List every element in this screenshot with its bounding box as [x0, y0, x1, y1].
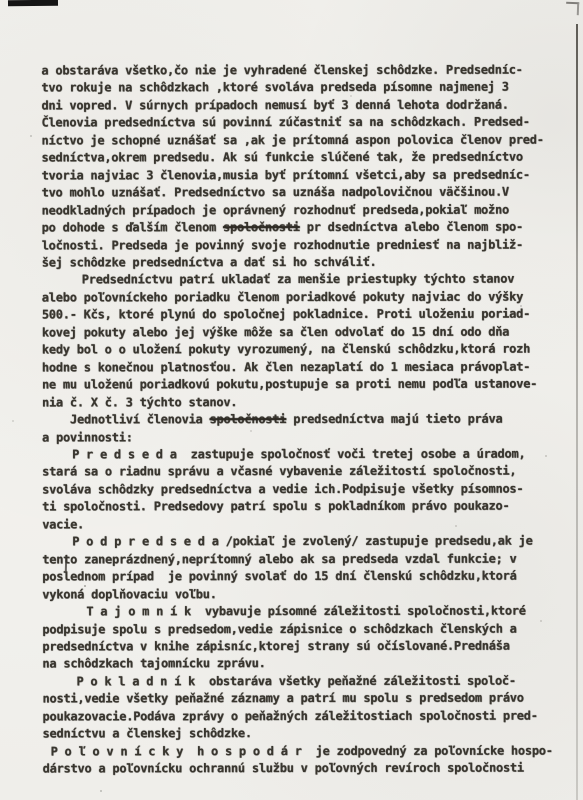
text-line: poukazovacie.Podáva zprávy o peňažných z…: [43, 707, 571, 725]
text-line: vacie.: [42, 515, 570, 533]
text-line: neodkladných prípadoch je oprávnený rozh…: [42, 201, 570, 219]
text-line: poslednom prípad je povinný svolať do 15…: [42, 568, 570, 586]
text-segment: predsedníctva v knihe zápisníc,ktorej st…: [42, 639, 509, 654]
scan-artifact-corner-mark: [566, 2, 579, 15]
text-line: nosti,vedie všetky peňažné záznamy a pat…: [42, 690, 570, 708]
text-segment: podpisuje spolu s predsedom,vedie zápisn…: [42, 621, 516, 636]
text-line: ne mu uloženú poriadkovú pokutu,postupuj…: [42, 376, 570, 394]
text-line: dárstvo a poľovnícku ochrannú službu v p…: [43, 760, 571, 778]
text-line: ločnosti. Predseda je povinný svoje rozh…: [42, 236, 570, 254]
text-line: nia č. X č. 3 týchto stanov.: [42, 393, 570, 411]
text-segment: stará sa o riadnu správu a včasné vybave…: [42, 464, 516, 479]
text-line: sedníctva,okrem predsedu. Ak sú funkcie …: [42, 149, 570, 167]
text-segment: a povinnosti:: [42, 430, 133, 444]
text-segment: Členovia predsedníctva sú povinní zúčast…: [41, 115, 529, 130]
text-segment: na schôdzkach tajomnícku zprávu.: [42, 656, 265, 670]
text-line: 500.- Kčs, ktoré plynú do spoločnej pokl…: [42, 306, 570, 324]
text-line: P o ľ o v n í c k y h o s p o d á r je z…: [51, 742, 571, 760]
text-line: alebo poľovníckeho poriadku členom poria…: [42, 288, 570, 306]
text-line: tvo mohlo uznášať. Predsedníctvo sa uzná…: [42, 184, 570, 202]
text-segment: vacie.: [42, 517, 84, 531]
text-segment: tento zaneprázdnený,neprítomný alebo ak …: [42, 551, 516, 566]
text-segment: predsedníctva majú tieto práva: [286, 412, 502, 426]
text-segment: ti spoločnosti. Predsedovy patrí spolu s…: [42, 499, 509, 514]
text-segment: P o ľ o v n í c k y h o s p o d á r je z…: [51, 743, 553, 758]
page-fold-line: [576, 24, 578, 800]
text-line: hodne s konečnou platnosťou. Ak člen nez…: [42, 358, 570, 376]
text-segment: dni vopred. V súrnych prípadoch nemusí b…: [41, 98, 508, 113]
text-segment: P o k l a d n í k obstaráva všetky peňaž…: [76, 673, 515, 688]
text-segment: neodkladných prípadoch je oprávnený rozh…: [42, 202, 509, 217]
text-line: níctvo je schopné uznášať sa ,ak je prít…: [41, 131, 569, 149]
text-segment: 500.- Kčs, ktoré plynú do spoločnej pokl…: [42, 307, 530, 322]
text-line: stará sa o riadnu správu a včasné vybave…: [42, 463, 570, 481]
text-segment: po dohode s ďalším členom: [42, 220, 223, 234]
text-line: po dohode s ďalším členom spoločnosti pr…: [42, 219, 570, 237]
text-line: kovej pokuty alebo jej výške môže sa čle…: [42, 323, 570, 341]
text-segment: P o d p r e d s e d a /pokiaľ je zvolený…: [72, 534, 532, 549]
text-segment: kedy bol o o uložení pokuty vyrozumený, …: [42, 342, 530, 357]
text-segment: tvo rokuje na schôdzkach ,ktoré svoláva …: [41, 80, 508, 95]
text-line: Členovia predsedníctva sú povinní zúčast…: [41, 114, 569, 132]
text-segment: T a j o m n í k vybavuje písomné záležit…: [86, 604, 525, 619]
text-line: tvoria najviac 3 členovia,musia byť prít…: [42, 166, 570, 184]
text-segment: ne mu uloženú poriadkovú pokutu,postupuj…: [42, 377, 537, 392]
text-segment: pr dsedníctva alebo členom spo-: [300, 220, 523, 234]
scanned-document-page: a obstaráva všetko,čo nie je vyhradené č…: [0, 0, 583, 800]
text-line: šej schôdzke predsedníctva a dať si ho s…: [42, 254, 570, 272]
text-segment: sedníctva,okrem predsedu. Ak sú funkcie …: [42, 150, 523, 165]
text-segment: Jednotliví členovia: [70, 412, 210, 426]
text-line: Jednotliví členovia spoločnosti predsedn…: [70, 411, 570, 429]
typewritten-text-block: a obstaráva všetko,čo nie je vyhradené č…: [41, 62, 570, 778]
struck-out-word: spoločnosti: [223, 220, 300, 234]
text-segment: Predsedníctvu patrí ukladať za menšie pr…: [82, 272, 514, 287]
text-line: svoláva schôdzky predsedníctva a vedie i…: [42, 480, 570, 498]
text-line: kedy bol o o uložení pokuty vyrozumený, …: [42, 341, 570, 359]
text-segment: ločnosti. Predseda je povinný svoje rozh…: [42, 237, 523, 252]
text-segment: dárstvo a poľovnícku ochrannú službu v p…: [43, 761, 524, 776]
text-segment: nosti,vedie všetky peňažné záznamy a pat…: [42, 691, 523, 706]
text-line: vykoná doplňovaciu voľbu.: [42, 585, 570, 603]
text-segment: P r e d s e d a zastupuje spoločnosť voč…: [72, 447, 525, 462]
text-segment: šej schôdzke predsedníctva a dať si ho s…: [42, 255, 377, 270]
text-segment: tvoria najviac 3 členovia,musia byť prít…: [42, 167, 530, 182]
text-segment: kovej pokuty alebo jej výške môže sa čle…: [42, 324, 509, 339]
text-segment: nia č. X č. 3 týchto stanov.: [42, 395, 237, 409]
text-line: Predsedníctvu patrí ukladať za menšie pr…: [82, 271, 570, 289]
struck-out-word: spoločnosti: [209, 412, 286, 426]
scan-noise-speckles: [0, 0, 2, 2]
text-line: P o k l a d n í k obstaráva všetky peňaž…: [76, 672, 570, 690]
text-line: P o d p r e d s e d a /pokiaľ je zvolený…: [72, 533, 570, 551]
text-segment: poukazovacie.Podáva zprávy o peňažných z…: [43, 708, 538, 723]
text-segment: poslednom prípad je povinný svolať do 15…: [42, 569, 516, 584]
text-line: sedníctvu a členskej schôdzke.: [43, 725, 571, 743]
text-line: dni vopred. V súrnych prípadoch nemusí b…: [41, 96, 569, 114]
text-line: T a j o m n í k vybavuje písomné záležit…: [86, 603, 570, 621]
text-line: ti spoločnosti. Predsedovy patrí spolu s…: [42, 498, 570, 516]
text-segment: alebo poľovníckeho poriadku členom poria…: [42, 290, 523, 305]
text-line: na schôdzkach tajomnícku zprávu.: [42, 655, 570, 673]
text-segment: níctvo je schopné uznášať sa ,ak je prít…: [41, 132, 543, 147]
text-segment: svoláva schôdzky predsedníctva a vedie i…: [42, 481, 523, 496]
text-segment: vykoná doplňovaciu voľbu.: [42, 587, 216, 601]
text-line: predsedníctva v knihe zápisníc,ktorej st…: [42, 637, 570, 655]
text-line: P r e d s e d a zastupuje spoločnosť voč…: [72, 446, 570, 464]
text-segment: a obstaráva všetko,čo nie je vyhradené č…: [41, 63, 522, 78]
text-line: a obstaráva všetko,čo nie je vyhradené č…: [41, 62, 569, 80]
text-segment: hodne s konečnou platnosťou. Ak člen nez…: [42, 359, 530, 374]
scan-artifact-bar: [8, 0, 58, 6]
text-line: a povinnosti:: [42, 428, 570, 446]
text-line: tvo rokuje na schôdzkach ,ktoré svoláva …: [41, 79, 569, 97]
text-segment: sedníctvu a členskej schôdzke.: [43, 726, 252, 740]
text-segment: tvo mohlo uznášať. Predsedníctvo sa uzná…: [42, 185, 509, 200]
text-line: tento zaneprázdnený,neprítomný alebo ak …: [42, 550, 570, 568]
text-line: podpisuje spolu s predsedom,vedie zápisn…: [42, 620, 570, 638]
